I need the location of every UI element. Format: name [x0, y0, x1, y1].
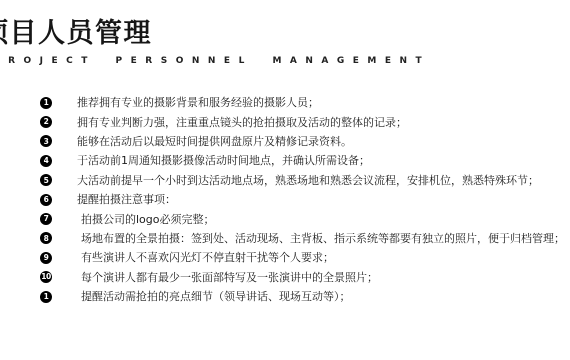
page-title: 项目人员管理 — [0, 19, 430, 49]
slide-header: 项目人员管理 PROJECT PERSONNEL MANAGEMENT — [0, 19, 430, 66]
item-number-badge: 6 — [40, 194, 52, 206]
list-item: 8 场地布置的全景拍摄：签到处、活动现场、主背板、指示系统等都要有独立的照片，便… — [40, 229, 565, 248]
list-item: 1 推荐拥有专业的摄影背景和服务经验的摄影人员； — [40, 93, 565, 112]
numbered-list: 1 推荐拥有专业的摄影背景和服务经验的摄影人员； 2 拥有专业判断力强，注重重点… — [40, 93, 565, 306]
list-item: 3 能够在活动后以最短时间提供网盘原片及精修记录资料。 — [40, 132, 565, 151]
list-item: 9 有些演讲人不喜欢闪光灯不停直射干扰等个人要求； — [40, 248, 565, 267]
list-item-text: 每个演讲人都有最少一张面部特写及一张演讲中的全景照片； — [81, 272, 378, 283]
page-subtitle: PROJECT PERSONNEL MANAGEMENT — [0, 56, 430, 66]
list-item-text: 有些演讲人不喜欢闪光灯不停直射干扰等个人要求； — [81, 252, 334, 263]
list-item: 6 提醒拍摄注意事项： — [40, 190, 565, 209]
list-item-text: 提醒拍摄注意事项： — [77, 194, 176, 205]
list-item-text: 于活动前1周通知摄影摄像活动时间地点，并确认所需设备； — [77, 155, 370, 166]
item-number-badge: 4 — [40, 155, 52, 167]
list-item-text: 大活动前提早一个小时到达活动地点场，熟悉场地和熟悉会议流程，安排机位，熟悉特殊环… — [77, 175, 539, 186]
item-number-badge: 2 — [40, 116, 52, 128]
list-item: 10 每个演讲人都有最少一张面部特写及一张演讲中的全景照片； — [40, 268, 565, 287]
list-item: 1 提醒活动需抢拍的亮点细节（领导讲话、现场互动等）； — [40, 287, 565, 306]
slide-canvas: 项目人员管理 PROJECT PERSONNEL MANAGEMENT 1 推荐… — [0, 0, 570, 360]
item-number-badge: 3 — [40, 135, 52, 147]
list-item-text: 场地布置的全景拍摄：签到处、活动现场、主背板、指示系统等都要有独立的照片，便于归… — [81, 233, 565, 244]
list-item-text: 拍摄公司的logo必须完整； — [81, 214, 215, 225]
list-item: 7 拍摄公司的logo必须完整； — [40, 209, 565, 228]
list-item: 5 大活动前提早一个小时到达活动地点场，熟悉场地和熟悉会议流程，安排机位，熟悉特… — [40, 171, 565, 190]
list-item: 4 于活动前1周通知摄影摄像活动时间地点，并确认所需设备； — [40, 151, 565, 170]
item-number-badge: 8 — [40, 232, 52, 244]
item-number-badge: 7 — [40, 213, 52, 225]
item-number-badge: 1 — [40, 97, 52, 109]
item-number-badge: 10 — [40, 271, 52, 283]
list-item-text: 推荐拥有专业的摄影背景和服务经验的摄影人员； — [77, 97, 319, 108]
list-item-text: 能够在活动后以最短时间提供网盘原片及精修记录资料。 — [77, 136, 352, 147]
item-number-badge: 5 — [40, 174, 52, 186]
item-number-badge: 1 — [40, 291, 52, 303]
list-item-text: 提醒活动需抢拍的亮点细节（领导讲话、现场互动等）； — [81, 291, 351, 302]
item-number-badge: 9 — [40, 252, 52, 264]
list-item-text: 拥有专业判断力强，注重重点镜头的抢拍摄取及活动的整体的记录； — [77, 117, 407, 128]
list-item: 2 拥有专业判断力强，注重重点镜头的抢拍摄取及活动的整体的记录； — [40, 112, 565, 131]
